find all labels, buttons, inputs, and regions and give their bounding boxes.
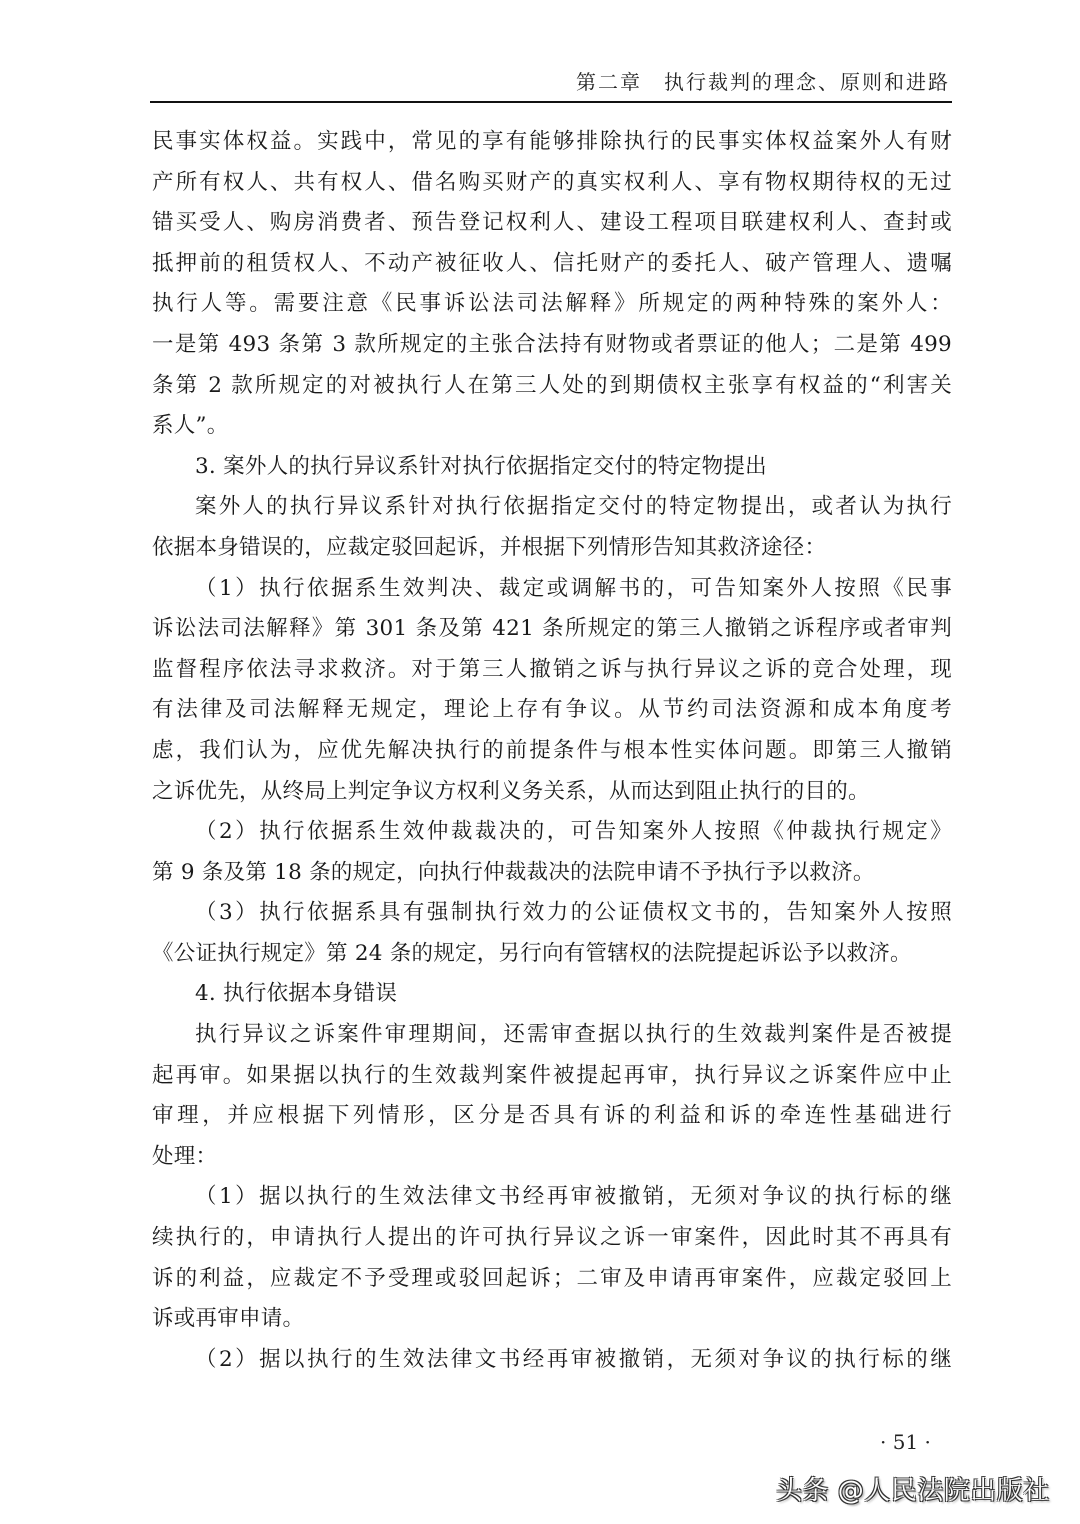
chapter-title: 第二章 执行裁判的理念、原则和进路 xyxy=(576,66,950,95)
text-line: 虑，我们认为，应优先解决执行的前提条件与根本性实体问题。即第三人撤销 xyxy=(152,731,952,772)
text-line: 民事实体权益。实践中，常见的享有能够排除执行的民事实体权益案外人有财 xyxy=(152,122,952,163)
text-line: 审理，并应根据下列情形，区分是否具有诉的利益和诉的牵连性基础进行 xyxy=(152,1096,952,1137)
text-line: 诉的利益，应裁定不予受理或驳回起诉；二审及申请再审案件，应裁定驳回上 xyxy=(152,1259,952,1300)
text-line: 执行人等。需要注意《民事诉讼法司法解释》所规定的两种特殊的案外人： xyxy=(152,284,952,325)
page-number: · 51 · xyxy=(880,1430,931,1454)
text-line: 依据本身错误的，应裁定驳回起诉，并根据下列情形告知其救济途径： xyxy=(152,528,952,569)
text-line: 有法律及司法解释无规定，理论上存有争议。从节约司法资源和成本角度考 xyxy=(152,690,952,731)
text-line: 之诉优先，从终局上判定争议方权利义务关系，从而达到阻止执行的目的。 xyxy=(152,772,952,813)
text-line: 第 9 条及第 18 条的规定，向执行仲裁裁决的法院申请不予执行予以救济。 xyxy=(152,853,952,894)
text-line: （1）据以执行的生效法律文书经再审被撤销，无须对争议的执行标的继 xyxy=(152,1177,952,1218)
page-body-text: 民事实体权益。实践中，常见的享有能够排除执行的民事实体权益案外人有财产所有权人、… xyxy=(152,122,952,1380)
text-line: （3）执行依据系具有强制执行效力的公证债权文书的，告知案外人按照 xyxy=(152,893,952,934)
text-line: 一是第 493 条第 3 款所规定的主张合法持有财物或者票证的他人；二是第 49… xyxy=(152,325,952,366)
text-line: 《公证执行规定》第 24 条的规定，另行向有管辖权的法院提起诉讼予以救济。 xyxy=(152,934,952,975)
text-line: 诉或再审申请。 xyxy=(152,1299,952,1340)
text-line: 产所有权人、共有权人、借名购买财产的真实权利人、享有物权期待权的无过 xyxy=(152,163,952,204)
text-line: 处理： xyxy=(152,1137,952,1178)
text-line: 续执行的，申请执行人提出的许可执行异议之诉一审案件，因此时其不再具有 xyxy=(152,1218,952,1259)
source-watermark: 头条 @人民法院出版社 xyxy=(776,1470,1050,1507)
header-divider xyxy=(150,101,952,103)
running-header: 第二章 执行裁判的理念、原则和进路 xyxy=(150,64,952,100)
text-line: 执行异议之诉案件审理期间，还需审查据以执行的生效裁判案件是否被提 xyxy=(152,1015,952,1056)
text-line: 系人”。 xyxy=(152,406,952,447)
text-line: 案外人的执行异议系针对执行依据指定交付的特定物提出，或者认为执行 xyxy=(152,487,952,528)
text-line: 诉讼法司法解释》第 301 条及第 421 条所规定的第三人撤销之诉程序或者审判 xyxy=(152,609,952,650)
text-line: 条第 2 款所规定的对被执行人在第三人处的到期债权主张享有权益的“利害关 xyxy=(152,366,952,407)
text-line: 监督程序依法寻求救济。对于第三人撤销之诉与执行异议之诉的竞合处理，现 xyxy=(152,650,952,691)
text-line: 抵押前的租赁权人、不动产被征收人、信托财产的委托人、破产管理人、遗嘱 xyxy=(152,244,952,285)
text-line: 4. 执行依据本身错误 xyxy=(152,974,952,1015)
text-line: （2）据以执行的生效法律文书经再审被撤销，无须对争议的执行标的继 xyxy=(152,1340,952,1381)
text-line: 3. 案外人的执行异议系针对执行依据指定交付的特定物提出 xyxy=(152,447,952,488)
text-line: （2）执行依据系生效仲裁裁决的，可告知案外人按照《仲裁执行规定》 xyxy=(152,812,952,853)
text-line: 起再审。如果据以执行的生效裁判案件被提起再审，执行异议之诉案件应中止 xyxy=(152,1056,952,1097)
text-line: 错买受人、购房消费者、预告登记权利人、建设工程项目联建权利人、查封或 xyxy=(152,203,952,244)
text-line: （1）执行依据系生效判决、裁定或调解书的，可告知案外人按照《民事 xyxy=(152,569,952,610)
